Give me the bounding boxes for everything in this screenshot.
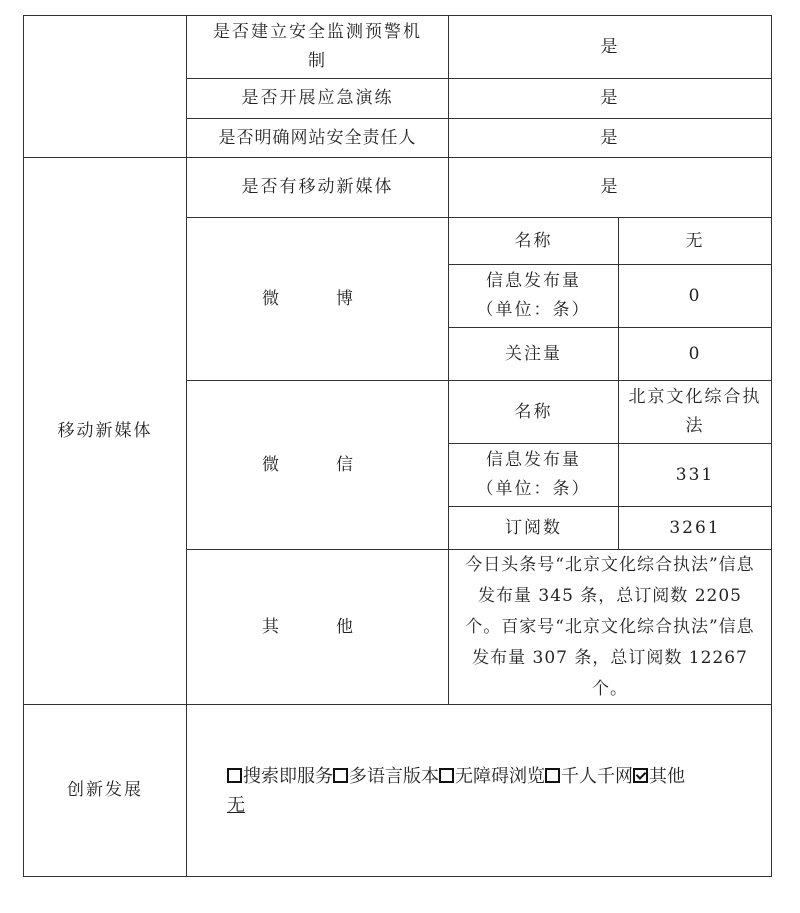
label-text: 微 博 [262,285,373,314]
option-multilingual[interactable]: 多语言版本 [333,766,439,787]
value-text: 北京文化综合执法 [619,383,771,441]
option-label: 其他 [649,766,685,787]
option-accessibility[interactable]: 无障碍浏览 [439,766,545,787]
weibo-name-value: 无 [618,217,772,265]
checkbox-unchecked-icon[interactable] [333,768,348,783]
weibo-followers-value: 0 [618,327,772,381]
emergency-drill-value: 是 [448,78,772,119]
innovation-section-label: 创新发展 [23,704,187,877]
label-text: 是否开展应急演练 [242,84,394,113]
security-monitoring-label: 是否建立安全监测预警机制 [186,15,449,79]
mobile-media-section-label: 移动新媒体 [23,157,187,705]
innovation-options-cell: 搜索即服务多语言版本无障碍浏览千人千网其他 无 [186,704,772,877]
value-text: 3261 [669,514,720,543]
option-label: 千人千网 [561,766,633,787]
checkbox-unchecked-icon[interactable] [545,768,560,783]
checkbox-checked-icon[interactable] [633,768,648,783]
weibo-posts-value: 0 [618,264,772,328]
other-media-description: 今日头条号“北京文化综合执法”信息发布量 345 条，总订阅数 2205 个。百… [448,549,772,705]
label-text: 微 信 [262,451,373,480]
label-text: 是否有移动新媒体 [242,173,394,202]
value-text: 0 [689,340,702,369]
weibo-label: 微 博 [186,217,449,381]
security-officer-label: 是否明确网站安全责任人 [186,118,449,158]
innovation-options-line: 搜索即服务多语言版本无障碍浏览千人千网其他 [227,762,685,791]
emergency-drill-label: 是否开展应急演练 [186,78,449,119]
option-label: 搜索即服务 [243,766,333,787]
wechat-subscribers-label: 订阅数 [448,506,619,550]
checkbox-unchecked-icon[interactable] [439,768,454,783]
wechat-label: 微 信 [186,380,449,550]
wechat-posts-label: 信息发布量（单位：条） [448,443,619,507]
website-report-table: 是否建立安全监测预警机制 是 是否开展应急演练 是 是否明确网站安全责任人 是 … [23,15,772,877]
value-text: 是 [601,84,620,113]
weibo-posts-label: 信息发布量（单位：条） [448,264,619,328]
security-monitoring-value: 是 [448,15,772,79]
value-text: 是 [601,33,620,62]
has-mobile-media-value: 是 [448,157,772,218]
value-text: 是 [601,173,620,202]
value-text: 无 [686,227,705,256]
wechat-subscribers-value: 3261 [618,506,772,550]
option-search-as-service[interactable]: 搜索即服务 [227,766,333,787]
weibo-name-label: 名称 [448,217,619,265]
label-text: 信息发布量（单位：条） [449,267,618,325]
value-text: 是 [601,124,620,153]
label-text: 是否明确网站安全责任人 [219,124,417,153]
wechat-posts-value: 331 [618,443,772,507]
option-label: 无障碍浏览 [455,766,545,787]
label-text: 信息发布量（单位：条） [449,446,618,504]
innovation-options: 搜索即服务多语言版本无障碍浏览千人千网其他 无 [227,762,685,820]
description-text: 今日头条号“北京文化综合执法”信息发布量 345 条，总订阅数 2205 个。百… [463,550,757,705]
wechat-name-value: 北京文化综合执法 [618,380,772,444]
weibo-followers-label: 关注量 [448,327,619,381]
option-other[interactable]: 其他 [633,766,685,787]
option-personalized[interactable]: 千人千网 [545,766,633,787]
value-text: 331 [676,461,714,490]
other-value-text: 无 [227,795,245,816]
value-text: 0 [689,282,702,311]
label-text: 关注量 [505,340,562,369]
label-text: 是否建立安全监测预警机制 [187,18,448,76]
wechat-name-label: 名称 [448,380,619,444]
security-section-label-cell [23,15,187,158]
label-text: 名称 [515,398,553,427]
has-mobile-media-label: 是否有移动新媒体 [186,157,449,218]
option-label: 多语言版本 [349,766,439,787]
checkbox-unchecked-icon[interactable] [227,768,242,783]
other-media-label: 其 他 [186,549,449,705]
label-text: 订阅数 [505,514,562,543]
section-label-text: 创新发展 [67,776,143,805]
innovation-other-value-line: 无 [227,791,685,820]
label-text: 名称 [515,227,553,256]
label-text: 其 他 [262,613,373,642]
security-officer-value: 是 [448,118,772,158]
section-label-text: 移动新媒体 [58,417,153,446]
